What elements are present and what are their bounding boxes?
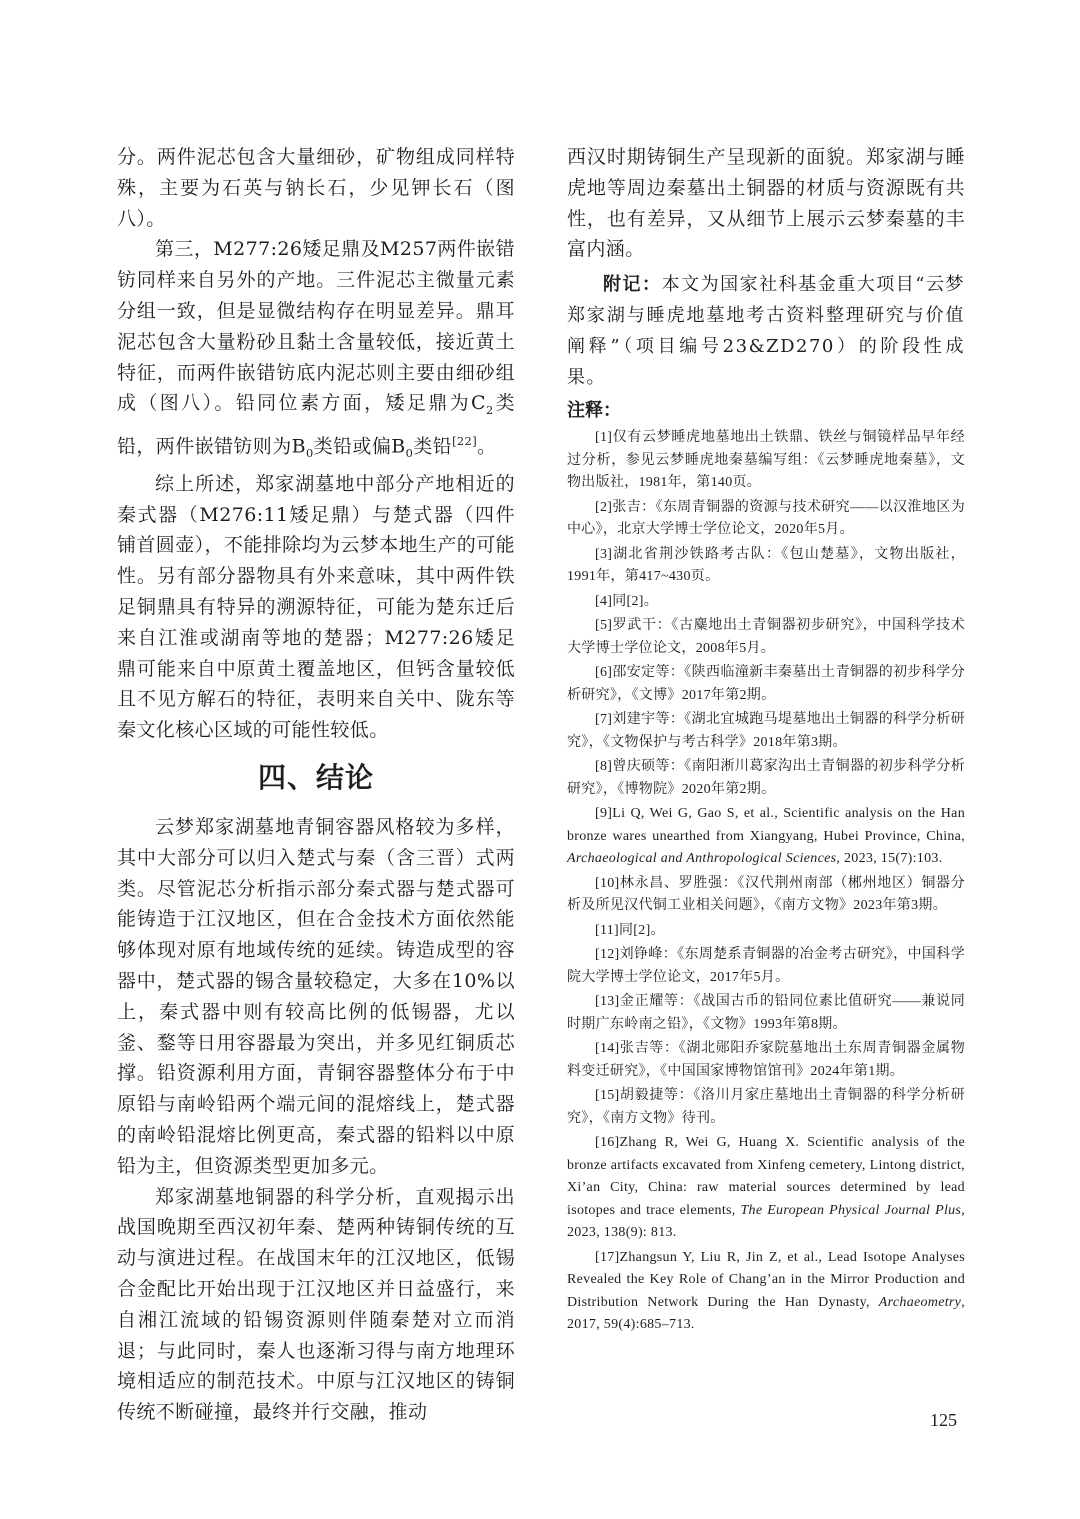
note-item: [4]同[2]。: [567, 591, 965, 614]
note-item: [9]Li Q, Wei G, Gao S, et al., Scientifi…: [567, 803, 965, 871]
note-item: [13]金正耀等：《战国古币的铅同位素比值研究——兼说同时期广东岭南之铅》，《文…: [567, 991, 965, 1036]
afterword: 附记：本文为国家社科基金重大项目“云梦郑家湖与睡虎地墓地考古资料整理研究与价值阐…: [567, 269, 965, 393]
note-item: [5]罗武干：《古麋地出土青铜器初步研究》，中国科学技术大学博士学位论文，200…: [567, 615, 965, 660]
citation-ref[interactable]: [22]: [452, 434, 477, 448]
body-paragraph: 分。两件泥芯包含大量细砂，矿物组成同样特殊，主要为石英与钠长石，少见钾长石（图八…: [117, 142, 515, 234]
notes-title: 注释：: [567, 397, 965, 425]
page-number: 125: [930, 1410, 957, 1431]
body-paragraph: 综上所述，郑家湖墓地中部分产地相近的秦式器（M276:11矮足鼎）与楚式器（四件…: [117, 469, 515, 746]
note-item: [3]湖北省荆沙铁路考古队：《包山楚墓》，文物出版社，1991年，第417~43…: [567, 544, 965, 589]
afterword-label: 附记：: [603, 274, 662, 295]
note-item: [6]邵安定等：《陕西临潼新丰秦墓出土青铜器的初步科学分析研究》，《文博》201…: [567, 662, 965, 707]
note-item: [17]Zhangsun Y, Liu R, Jin Z, et al., Le…: [567, 1247, 965, 1337]
note-item: [11]同[2]。: [567, 920, 965, 943]
note-item: [15]胡毅捷等：《洛川月家庄墓地出土青铜器的科学分析研究》，《南方文物》待刊。: [567, 1085, 965, 1130]
note-item: [10]林永昌、罗胜强：《汉代荆州南部（郴州地区）铜器分析及所见汉代铜工业相关问…: [567, 873, 965, 918]
note-item: [14]张吉等：《湖北郧阳乔家院墓地出土东周青铜器金属物料变迁研究》，《中国国家…: [567, 1038, 965, 1083]
body-paragraph: 郑家湖墓地铜器的科学分析，直观揭示出战国晚期至西汉初年秦、楚两种铸铜传统的互动与…: [117, 1182, 515, 1428]
journal-title: The European Physical Journal Plus: [740, 1203, 961, 1218]
note-item: [1]仅有云梦睡虎地墓地出土铁鼎、铁丝与铜镜样品早年经过分析，参见云梦睡虎地秦墓…: [567, 427, 965, 495]
body-paragraph: 西汉时期铸铜生产呈现新的面貌。郑家湖与睡虎地等周边秦墓出土铜器的材质与资源既有共…: [567, 142, 965, 265]
body-paragraph: 云梦郑家湖墓地青铜容器风格较为多样，其中大部分可以归入楚式与秦（含三晋）式两类。…: [117, 812, 515, 1182]
note-item: [2]张吉：《东周青铜器的资源与技术研究——以汉淮地区为中心》，北京大学博士学位…: [567, 497, 965, 542]
note-item: [8]曾庆硕等：《南阳淅川葛家沟出土青铜器的初步科学分析研究》，《博物院》202…: [567, 756, 965, 801]
journal-title: Archaeometry: [879, 1295, 961, 1310]
section-heading: 四、结论: [117, 758, 515, 798]
notes-list: [1]仅有云梦睡虎地墓地出土铁鼎、铁丝与铜镜样品早年经过分析，参见云梦睡虎地秦墓…: [567, 427, 965, 1337]
note-item: [16]Zhang R, Wei G, Huang X. Scientific …: [567, 1132, 965, 1245]
left-column: 分。两件泥芯包含大量细砂，矿物组成同样特殊，主要为石英与钠长石，少见钾长石（图八…: [117, 142, 515, 1428]
note-item: [7]刘建宇等：《湖北宜城跑马堤墓地出土铜器的科学分析研究》，《文物保护与考古科…: [567, 709, 965, 754]
note-item: [12]刘铮峰：《东周楚系青铜器的冶金考古研究》，中国科学院大学博士学位论文，2…: [567, 944, 965, 989]
journal-title: Archaeological and Anthropological Scien…: [567, 851, 836, 866]
right-column: 西汉时期铸铜生产呈现新的面貌。郑家湖与睡虎地等周边秦墓出土铜器的材质与资源既有共…: [567, 142, 965, 1339]
body-paragraph: 第三，M277:26矮足鼎及M257两件嵌错钫同样来自另外的产地。三件泥芯主微量…: [117, 234, 515, 469]
